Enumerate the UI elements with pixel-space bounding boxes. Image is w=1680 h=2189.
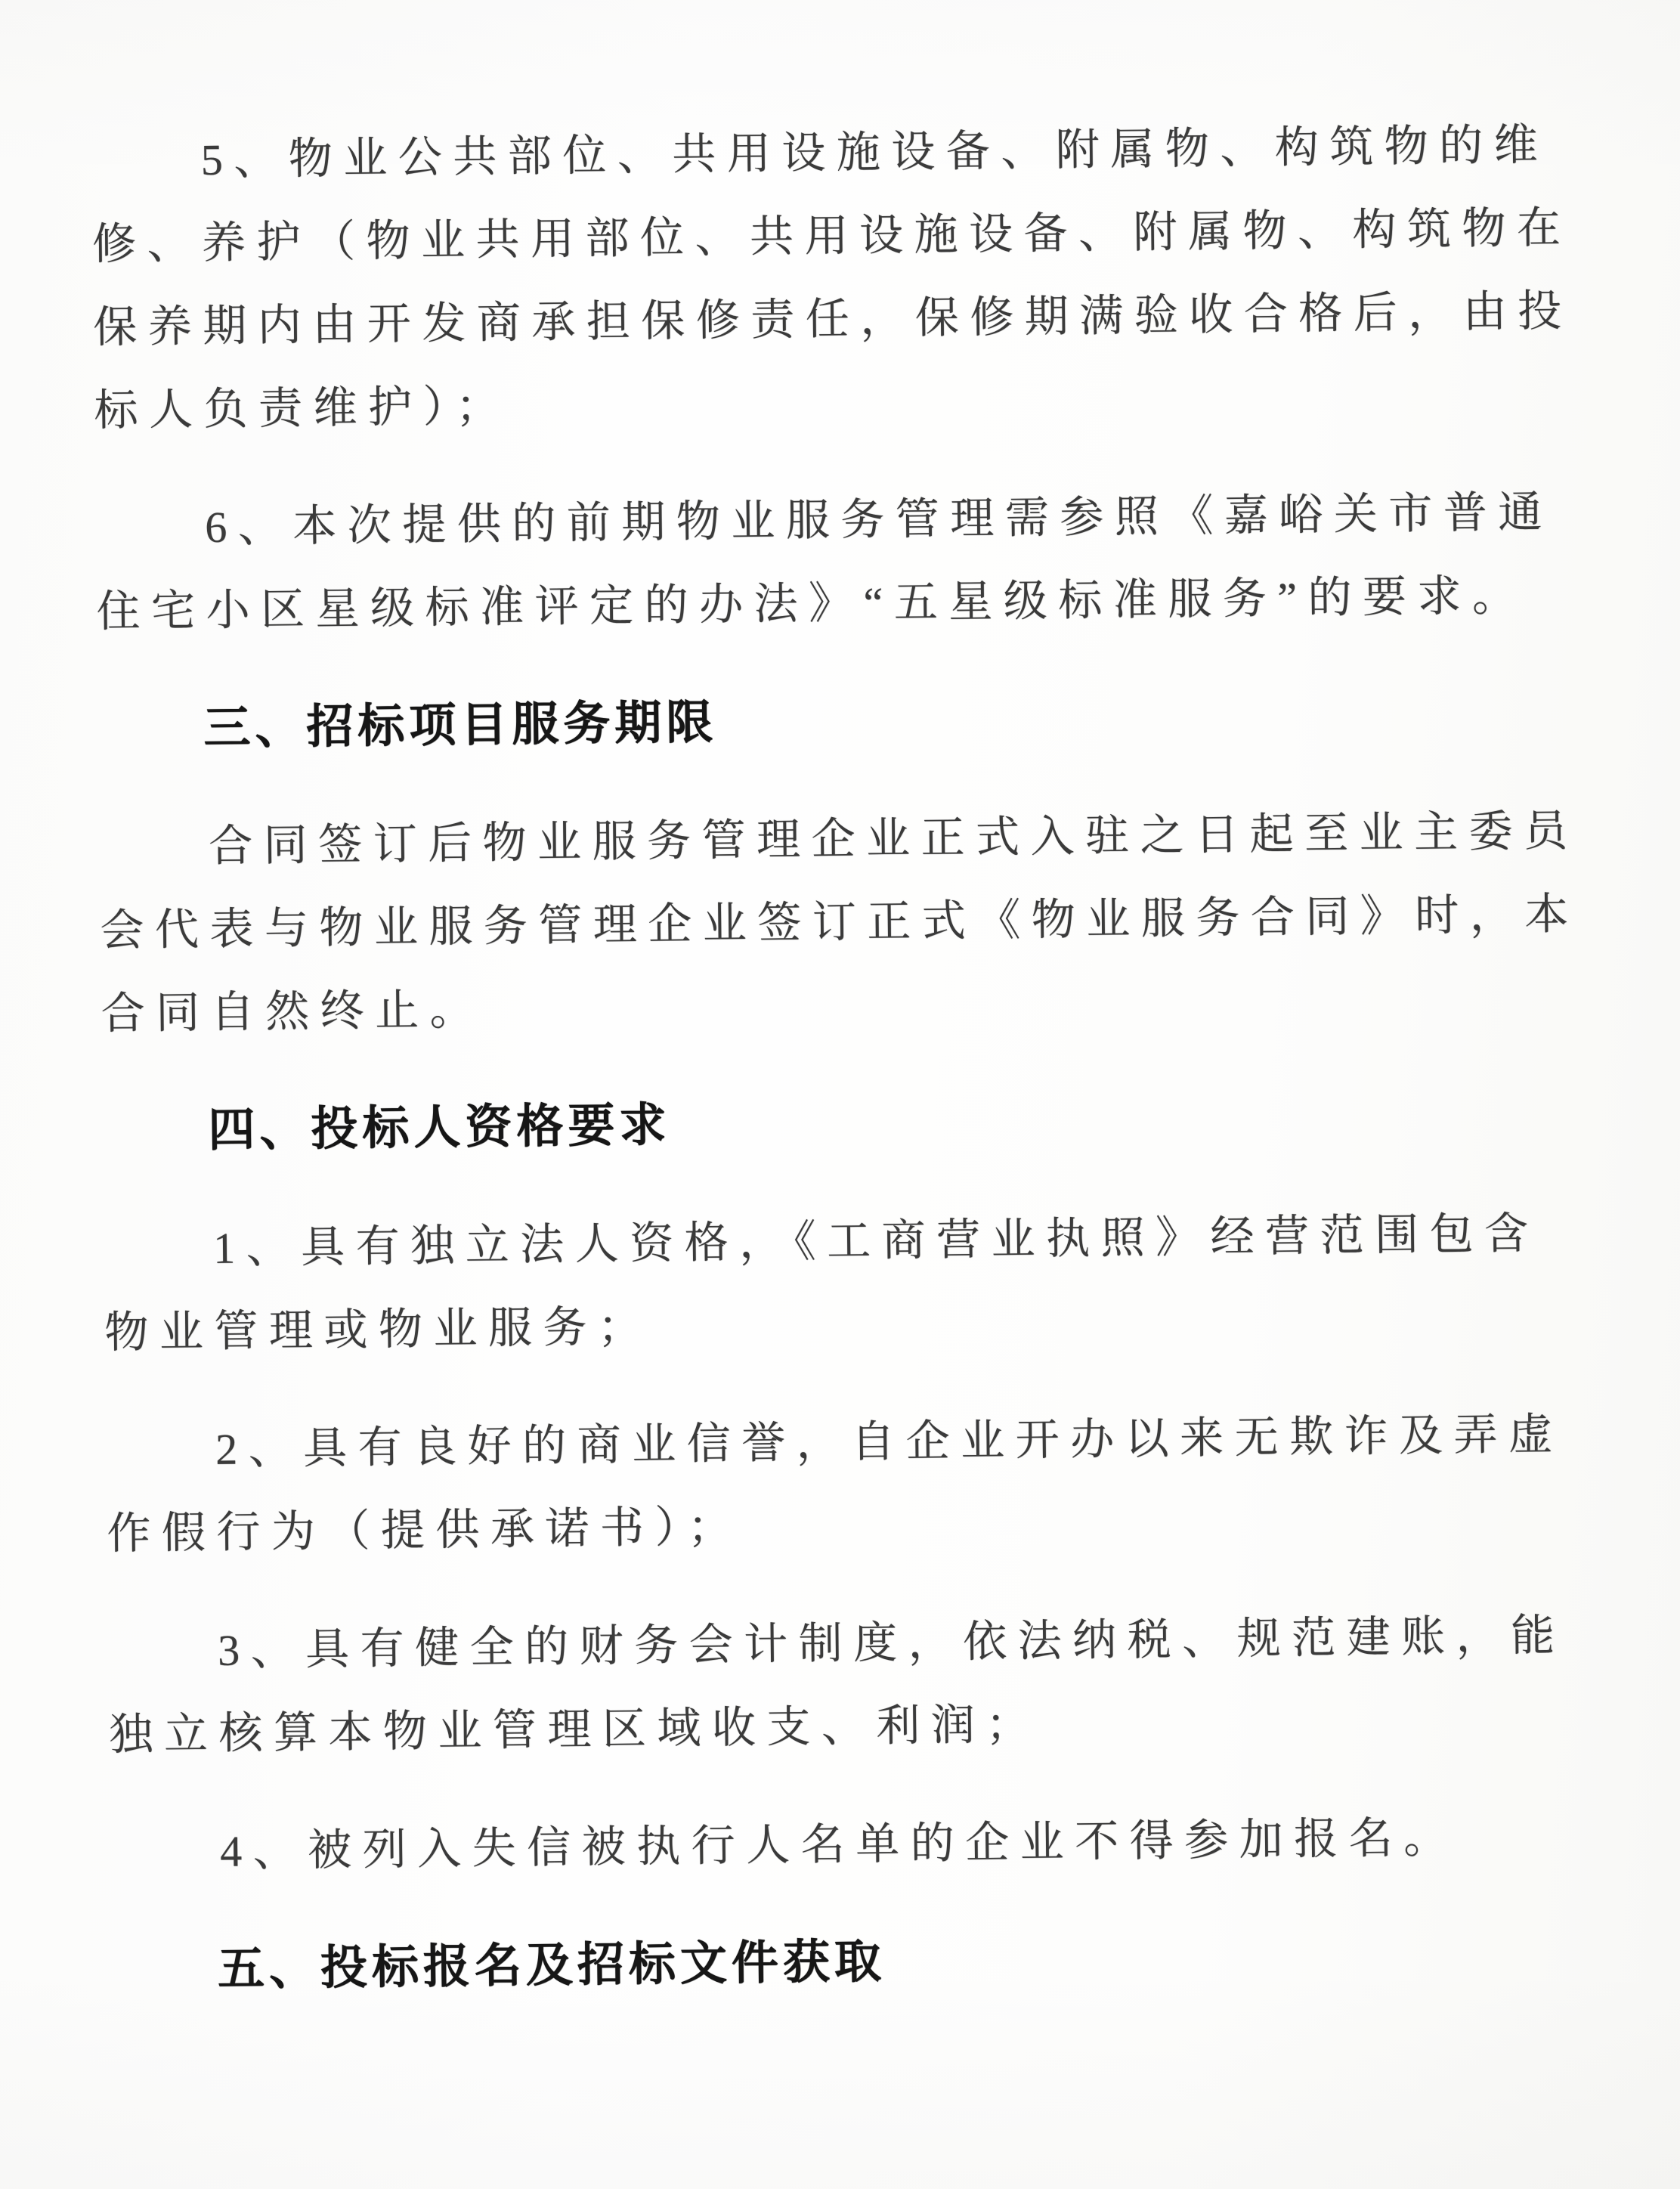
text-line: 标人负责维护）；: [94, 352, 1578, 452]
text-line: 2、具有良好的商业信誉，自企业开办以来无欺诈及弄虚: [106, 1392, 1590, 1492]
text-line: 作假行为（提供承诺书）；: [107, 1475, 1591, 1575]
section-3-body: 合同签订后物业服务管理企业正式入驻之日起至业主委员会代表与物业服务管理企业签订正…: [99, 789, 1586, 1055]
document-body: 5、物业公共部位、共用设施设备、附属物、构筑物的维修、养护（物业共用部位、共用设…: [0, 0, 1680, 2014]
text-line: 物业管理或物业服务；: [104, 1274, 1589, 1374]
section-4-heading: 四、投标人资格要求: [208, 1073, 1586, 1172]
qualification-item-1: 1、具有独立法人资格，《工商营业执照》经营范围包含物业管理或物业服务；: [104, 1191, 1589, 1374]
text-line: 合同自然终止。: [101, 955, 1585, 1055]
text-line: 会代表与物业服务管理企业签订正式《物业服务合同》时，本: [100, 872, 1584, 972]
text-line: 1、具有独立法人资格，《工商营业执照》经营范围包含: [104, 1191, 1588, 1291]
text-line: 住宅小区星级标准评定的办法》“五星级标准服务”的要求。: [96, 553, 1580, 653]
qualification-item-3: 3、具有健全的财务会计制度，依法纳税、规范建账，能独立核算本物业管理区域收支、利…: [108, 1593, 1593, 1776]
qualification-item-4: 4、被列入失信被执行人名单的企业不得参加报名。: [110, 1794, 1595, 1894]
section-5-heading: 五、投标报名及招标文件获取: [217, 1912, 1595, 2011]
service-scope-item-5: 5、物业公共部位、共用设施设备、附属物、构筑物的维修、养护（物业共用部位、共用设…: [91, 103, 1578, 452]
text-line: 保养期内由开发商承担保修责任，保修期满验收合格后，由投: [93, 269, 1577, 369]
service-scope-item-6: 6、本次提供的前期物业服务管理需参照《嘉峪关市普通住宅小区星级标准评定的办法》“…: [95, 470, 1580, 653]
scanned-document-page: 5、物业公共部位、共用设施设备、附属物、构筑物的维修、养护（物业共用部位、共用设…: [0, 0, 1680, 2189]
section-3-heading: 三、招标项目服务期限: [203, 671, 1582, 770]
text-line: 3、具有健全的财务会计制度，依法纳税、规范建账，能: [108, 1593, 1592, 1693]
text-line: 独立核算本物业管理区域收支、利润；: [109, 1677, 1593, 1776]
text-line: 4、被列入失信被执行人名单的企业不得参加报名。: [110, 1794, 1595, 1894]
qualification-item-2: 2、具有良好的商业信誉，自企业开办以来无欺诈及弄虚作假行为（提供承诺书）；: [106, 1392, 1591, 1575]
